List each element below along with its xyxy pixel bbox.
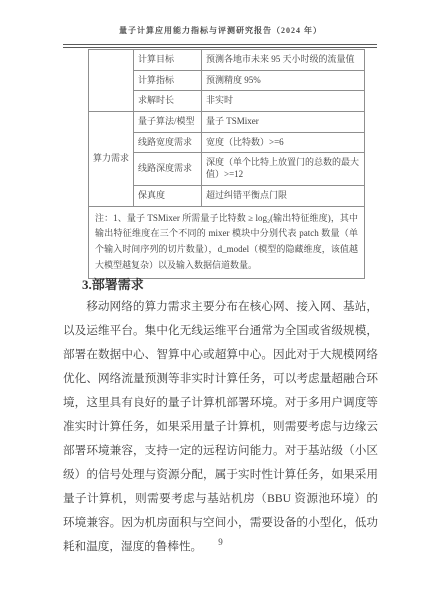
- table-cell-label: 计算指标: [134, 70, 202, 91]
- table-cell-category: 算力需求: [89, 112, 134, 206]
- table-cell-value: 深度（单个比特上放置门的总数的最大值）>=12: [202, 153, 365, 185]
- table-cell-label: 线路深度需求: [134, 153, 202, 185]
- body-paragraph: 移动网络的算力需求主要分布在核心网、接入网、基站，以及运维平台。集中化无线运维平…: [63, 295, 378, 559]
- table-note: 注：1、量子 TSMixer 所需量子比特数 ≥ log₂(输出特征维度)，其中…: [89, 206, 365, 278]
- requirements-table: 计算目标 预测各地市未来 95 天小时级的流量值 计算指标 预测精度 95% 求…: [88, 49, 365, 279]
- table-cell-value: 非实时: [202, 91, 365, 112]
- table-row: 算力需求 量子算法/模型 量子 TSMixer: [89, 112, 365, 133]
- page-header-title: 量子计算应用能力指标与评测研究报告（2024 年）: [0, 25, 441, 36]
- table-cell-category-empty: [89, 50, 134, 112]
- table-cell-value: 量子 TSMixer: [202, 112, 365, 133]
- table-cell-label: 计算目标: [134, 50, 202, 71]
- header-double-rule: [63, 44, 377, 48]
- document-page: 量子计算应用能力指标与评测研究报告（2024 年） 计算目标 预测各地市未来 9…: [0, 0, 441, 600]
- page-number: 9: [0, 537, 441, 547]
- table-row: 计算目标 预测各地市未来 95 天小时级的流量值: [89, 50, 365, 71]
- table-cell-label: 求解时长: [134, 91, 202, 112]
- table-cell-value: 超过纠错平衡点门限: [202, 185, 365, 206]
- table-cell-label: 量子算法/模型: [134, 112, 202, 133]
- table-cell-value: 宽度（比特数）>=6: [202, 132, 365, 153]
- table-cell-label: 线路宽度需求: [134, 132, 202, 153]
- table-cell-value: 预测精度 95%: [202, 70, 365, 91]
- table-row-note: 注：1、量子 TSMixer 所需量子比特数 ≥ log₂(输出特征维度)，其中…: [89, 206, 365, 278]
- section-heading: 3.部署需求: [63, 274, 378, 293]
- table-cell-label: 保真度: [134, 185, 202, 206]
- table-cell-value: 预测各地市未来 95 天小时级的流量值: [202, 50, 365, 71]
